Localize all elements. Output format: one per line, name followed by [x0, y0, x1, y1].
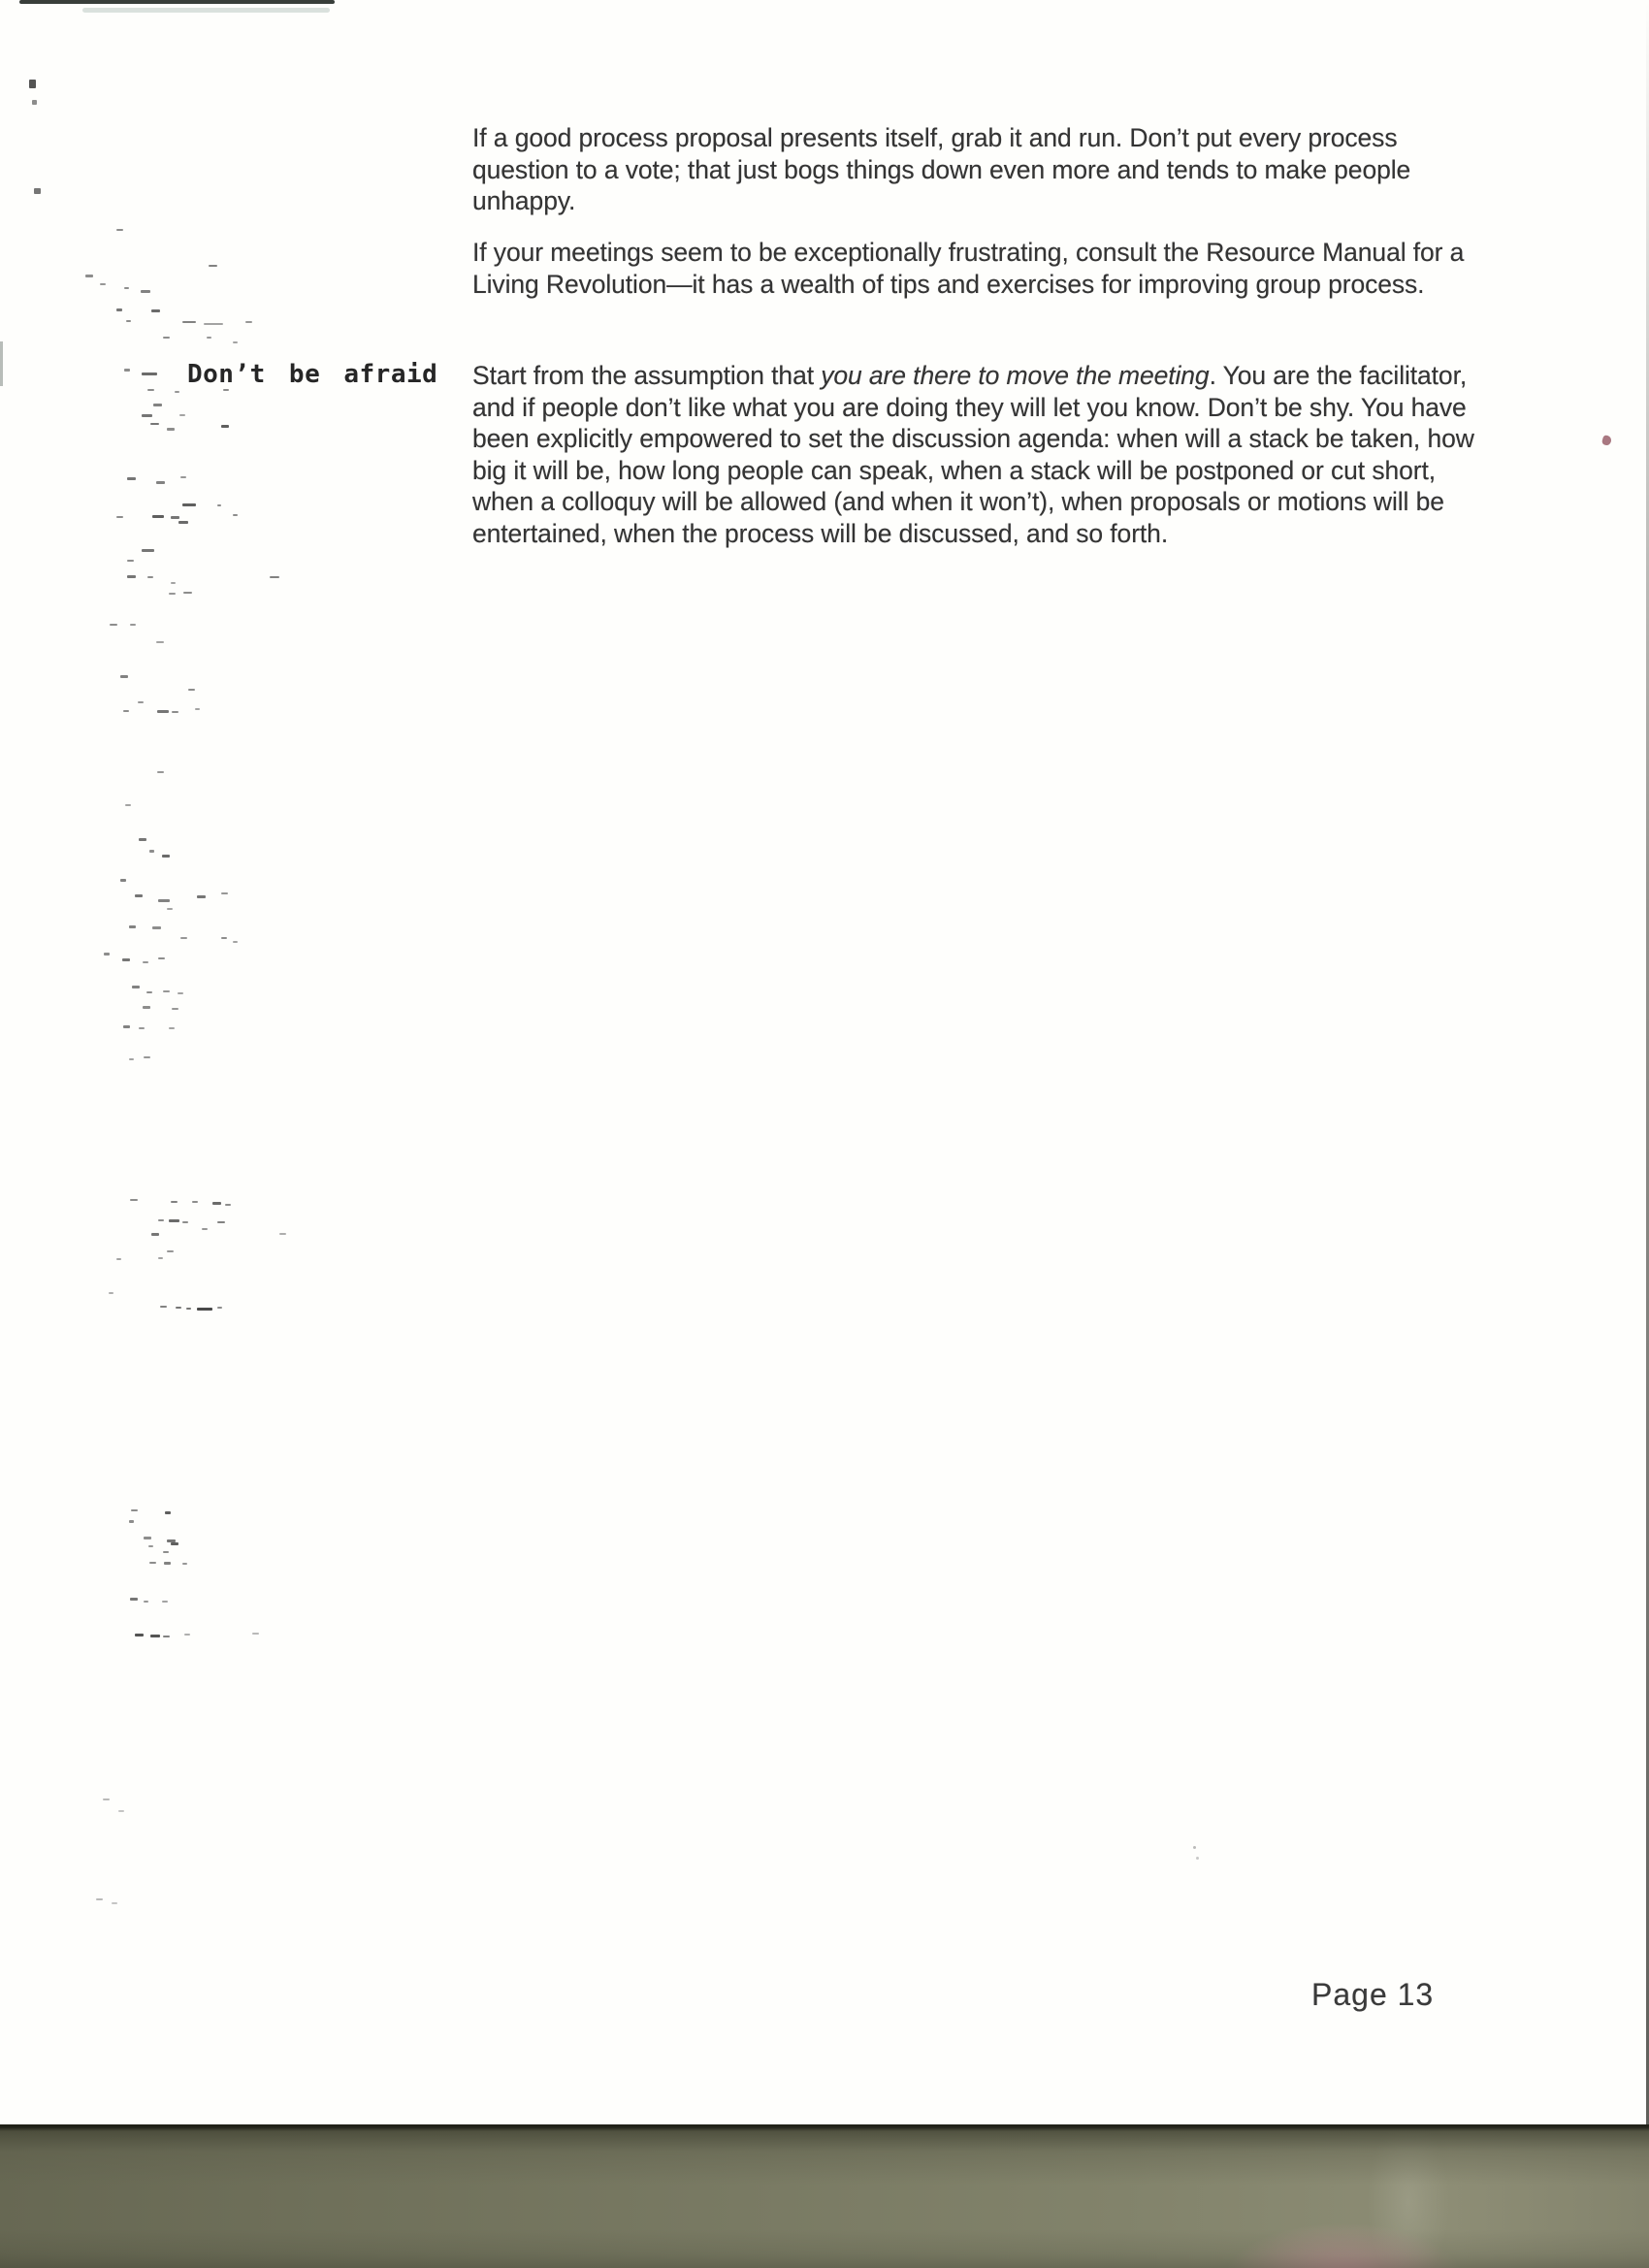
- scan-smudge: [167, 428, 175, 431]
- scan-smudge: [144, 1537, 151, 1539]
- scan-smudge: [116, 308, 122, 311]
- scan-smudge: [172, 711, 178, 713]
- scan-smudge: [126, 320, 131, 322]
- scan-smudge: [233, 941, 238, 943]
- scan-smudge: [103, 1798, 110, 1800]
- scan-smudge: [116, 516, 123, 518]
- scan-smudge: [171, 516, 179, 519]
- scan-smudge: [149, 850, 154, 853]
- scan-smudge: [96, 1898, 103, 1900]
- scan-smudge: [179, 414, 185, 416]
- scan-smudge: [182, 1563, 187, 1565]
- scan-artifact-left-edge: [0, 341, 3, 386]
- scan-smudge: [167, 908, 173, 910]
- scan-smudge: [192, 1201, 198, 1203]
- paragraph-text: Start from the assumption that: [472, 361, 821, 390]
- scan-smudge: [150, 423, 159, 425]
- scan-smudge: [138, 701, 144, 703]
- scan-smudge: [171, 582, 176, 584]
- scan-smudge: [169, 1027, 175, 1029]
- scan-smudge: [162, 1601, 168, 1603]
- scan-smudge: [157, 771, 164, 773]
- scan-smudge: [120, 675, 128, 678]
- scan-smudge: [202, 1228, 208, 1230]
- scan-smudge: [163, 337, 170, 339]
- scan-smudge: [209, 265, 217, 267]
- scan-smudge: [225, 1204, 231, 1206]
- scan-smudge: [223, 389, 229, 391]
- scan-smudge: [178, 521, 188, 524]
- italic-phrase: you are there to move the meeting: [821, 361, 1209, 390]
- scan-smudge: [157, 710, 169, 713]
- scan-smudge: [127, 560, 134, 562]
- scan-smudge: [204, 323, 223, 325]
- scan-smudge: [279, 1233, 286, 1235]
- scan-smudge: [116, 1258, 121, 1260]
- scan-smudge: [32, 100, 37, 105]
- scan-smudge: [221, 425, 229, 428]
- scan-smudge: [147, 389, 154, 391]
- scan-smudge: [245, 321, 252, 323]
- scan-smudge: [123, 710, 129, 712]
- scan-smudge: [124, 287, 129, 289]
- scan-smudge: [129, 1520, 134, 1523]
- scan-smudge: [130, 1598, 138, 1601]
- scan-smudge: [171, 1201, 178, 1203]
- scan-smudge: [184, 1634, 190, 1636]
- scan-smudge: [197, 1308, 212, 1311]
- scan-smudge: [158, 1257, 163, 1259]
- scan-smudge: [207, 337, 211, 339]
- scan-smudge: [217, 504, 221, 506]
- scan-smudge: [188, 689, 195, 691]
- scan-smudge: [127, 477, 136, 480]
- scan-smudge: [29, 80, 36, 88]
- scan-smudge: [144, 1056, 150, 1058]
- scan-artifact-dot: [1196, 1857, 1199, 1860]
- scan-artifact-dot: [1193, 1846, 1196, 1849]
- scan-smudge: [150, 1635, 160, 1637]
- scan-smudge: [139, 1027, 145, 1029]
- scan-smudge: [176, 1307, 181, 1309]
- scan-smudge: [127, 575, 136, 578]
- scan-smudge: [158, 1219, 164, 1221]
- scan-smudge: [148, 1545, 153, 1547]
- scan-smudge: [129, 1058, 134, 1060]
- scan-smudge: [169, 1219, 179, 1222]
- paragraph-resource-manual: If your meetings seem to be exceptionall…: [472, 237, 1486, 300]
- scan-smudge: [182, 1221, 188, 1223]
- scan-smudge: [142, 373, 157, 375]
- scan-smudge: [195, 708, 200, 710]
- scan-smudge: [152, 926, 161, 929]
- scan-smudge: [131, 1509, 138, 1511]
- scan-artifact-top-smear: [19, 0, 335, 4]
- scan-smudge: [163, 1551, 169, 1553]
- scan-smudge: [123, 1025, 130, 1028]
- scan-smudge: [130, 624, 136, 626]
- scan-smudge: [164, 1562, 171, 1565]
- scan-smudge: [120, 879, 126, 882]
- scan-smudge: [221, 937, 227, 939]
- scan-smudge: [178, 992, 183, 994]
- scan-smudge: [100, 283, 106, 285]
- scan-smudge: [180, 476, 186, 478]
- scan-smudge: [135, 894, 143, 897]
- scan-artifact-bottom-band: [0, 2124, 1649, 2268]
- scan-smudge: [116, 229, 123, 231]
- scan-smudge: [156, 481, 165, 484]
- scan-smudge: [153, 404, 162, 406]
- paragraph-process-proposal: If a good process proposal presents itse…: [472, 122, 1486, 217]
- scan-smudge: [139, 838, 146, 841]
- scan-smudge: [158, 957, 165, 959]
- scan-smudge: [129, 925, 136, 928]
- scan-smudge: [141, 290, 150, 293]
- scan-smudge: [149, 1562, 156, 1564]
- margin-heading-dont-be-afraid: Don’t be afraid: [187, 360, 437, 389]
- scan-smudge: [212, 1202, 221, 1205]
- scan-smudge: [158, 899, 170, 902]
- scan-smudge: [165, 1511, 171, 1514]
- scan-smudge: [182, 321, 196, 323]
- scan-smudge: [163, 1636, 170, 1637]
- scan-smudge: [143, 1006, 150, 1009]
- scan-smudge: [197, 895, 206, 898]
- scan-artifact-pink-speck: [1601, 435, 1612, 446]
- scan-smudge: [156, 641, 164, 643]
- scanned-document-page: If a good process proposal presents itse…: [0, 0, 1649, 2268]
- scan-smudge: [270, 576, 279, 578]
- scan-smudge: [152, 515, 164, 518]
- scan-smudge: [160, 1306, 167, 1308]
- scan-smudge: [151, 1233, 159, 1236]
- scan-smudge: [109, 1292, 113, 1294]
- scan-smudge: [217, 1307, 222, 1309]
- scan-smudge: [144, 1601, 148, 1603]
- page-number: Page 13: [1311, 1977, 1434, 2013]
- scan-smudge: [142, 414, 152, 417]
- scan-smudge: [146, 991, 152, 993]
- scan-smudge: [151, 309, 160, 312]
- scan-smudge: [112, 1902, 117, 1904]
- scan-smudge: [233, 514, 238, 516]
- scan-smudge: [252, 1633, 259, 1635]
- scan-smudge: [162, 855, 170, 858]
- scan-smudge: [172, 1008, 178, 1010]
- scan-smudge: [221, 892, 228, 894]
- scan-smudge: [163, 990, 170, 992]
- scan-smudge: [142, 549, 154, 552]
- paragraph-facilitator: Start from the assumption that you are t…: [472, 360, 1486, 549]
- scan-smudge: [182, 503, 196, 506]
- scan-smudge: [110, 624, 117, 626]
- scan-smudge: [143, 961, 148, 963]
- scan-smudge: [233, 341, 238, 343]
- scan-smudge: [124, 369, 130, 372]
- scan-smudge: [104, 953, 110, 956]
- scan-smudge: [217, 1221, 225, 1223]
- scan-smudge: [180, 937, 187, 939]
- scan-smudge: [171, 1542, 178, 1545]
- scan-smudge: [186, 1308, 191, 1310]
- scan-smudge: [125, 804, 131, 806]
- scan-smudge: [147, 576, 153, 578]
- scan-smudge: [175, 391, 179, 393]
- scan-smudge: [135, 1634, 144, 1636]
- scan-artifact-top-smear-echo: [82, 8, 330, 13]
- scan-smudge: [34, 188, 41, 194]
- scan-smudge: [183, 592, 192, 594]
- scan-smudge: [169, 593, 176, 595]
- scan-smudge: [85, 275, 93, 277]
- scan-smudge: [122, 958, 130, 961]
- scan-smudge: [130, 1199, 138, 1201]
- scan-smudge: [132, 986, 140, 988]
- scan-smudge: [167, 1250, 174, 1252]
- scan-smudge: [118, 1810, 124, 1812]
